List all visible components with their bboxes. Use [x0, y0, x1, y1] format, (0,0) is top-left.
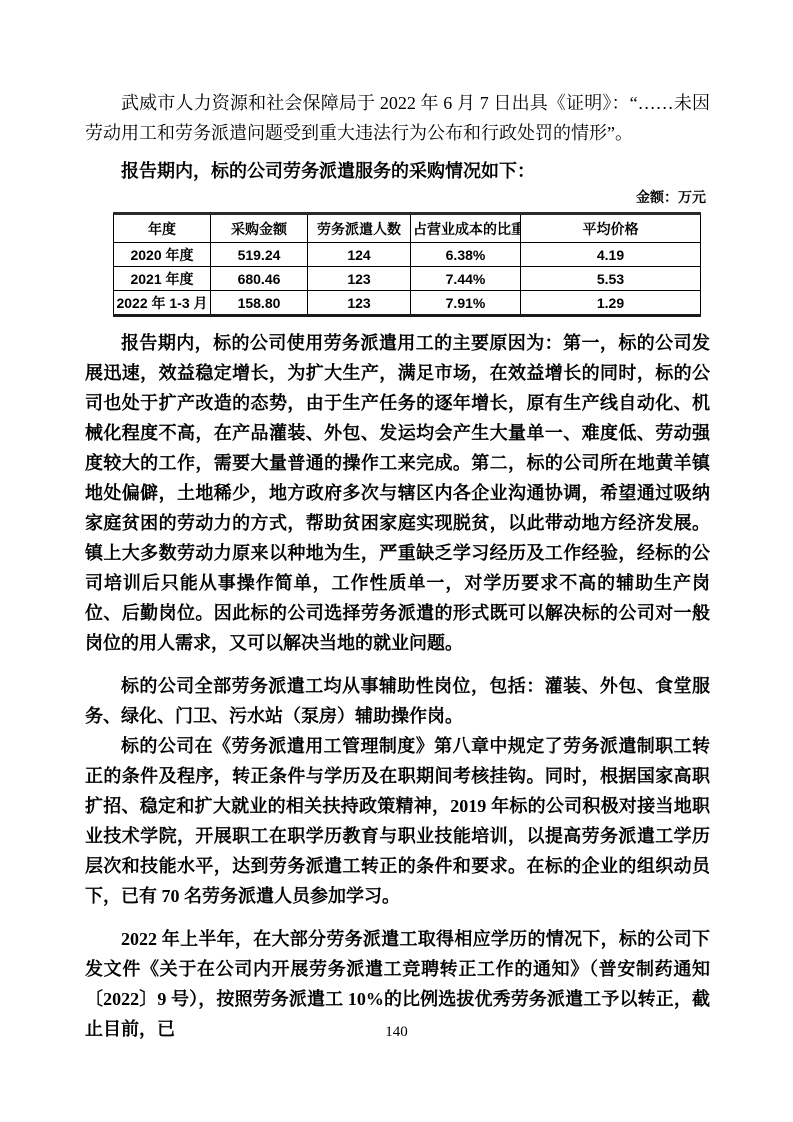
table-header-amount: 采购金额 — [211, 214, 308, 243]
table-cell-price: 4.19 — [521, 243, 701, 267]
page-number: 140 — [0, 1024, 793, 1041]
table-header-year: 年度 — [114, 214, 211, 243]
table-cell-amount: 519.24 — [211, 243, 308, 267]
paragraph-certificate: 武威市人力资源和社会保障局于 2022 年 6 月 7 日出具《证明》：“……未… — [85, 88, 710, 148]
paragraph-table-intro: 报告期内，标的公司劳务派遣服务的采购情况如下： — [85, 156, 710, 186]
table-cell-ratio: 7.44% — [411, 267, 521, 291]
labor-dispatch-purchase-table: 年度 采购金额 劳务派遣人数 占营业成本的比重 平均价格 2020 年度 519… — [113, 212, 701, 317]
table-cell-count: 123 — [308, 291, 411, 316]
table-header-row: 年度 采购金额 劳务派遣人数 占营业成本的比重 平均价格 — [114, 214, 701, 243]
table-cell-year: 2022 年 1-3 月 — [114, 291, 211, 316]
table-cell-amount: 158.80 — [211, 291, 308, 316]
table-row: 2021 年度 680.46 123 7.44% 5.53 — [114, 267, 701, 291]
table-cell-price: 5.53 — [521, 267, 701, 291]
page-content: 武威市人力资源和社会保障局于 2022 年 6 月 7 日出具《证明》：“……未… — [0, 0, 793, 1044]
table-cell-year: 2021 年度 — [114, 267, 211, 291]
table-cell-price: 1.29 — [521, 291, 701, 316]
document-page: 武威市人力资源和社会保障局于 2022 年 6 月 7 日出具《证明》：“……未… — [0, 0, 793, 1122]
table-header-ratio: 占营业成本的比重 — [411, 214, 521, 243]
paragraph-regularization-policy: 标的公司在《劳务派遣用工管理制度》第八章中规定了劳务派遣制职工转正的条件及程序，… — [85, 731, 710, 911]
paragraph-dispatch-positions: 标的公司全部劳务派遣工均从事辅助性岗位，包括：灌装、外包、食堂服务、绿化、门卫、… — [85, 671, 710, 731]
table-cell-count: 124 — [308, 243, 411, 267]
table-cell-count: 123 — [308, 267, 411, 291]
table-unit-note: 金额：万元 — [85, 188, 710, 210]
table-cell-ratio: 7.91% — [411, 291, 521, 316]
table-header-price: 平均价格 — [521, 214, 701, 243]
table-cell-amount: 680.46 — [211, 267, 308, 291]
table-row: 2022 年 1-3 月 158.80 123 7.91% 1.29 — [114, 291, 701, 316]
paragraph-dispatch-reasons: 报告期内，标的公司使用劳务派遣用工的主要原因为：第一，标的公司发展迅速，效益稳定… — [85, 328, 710, 658]
table-row: 2020 年度 519.24 124 6.38% 4.19 — [114, 243, 701, 267]
table-cell-year: 2020 年度 — [114, 243, 211, 267]
table-cell-ratio: 6.38% — [411, 243, 521, 267]
table-header-count: 劳务派遣人数 — [308, 214, 411, 243]
